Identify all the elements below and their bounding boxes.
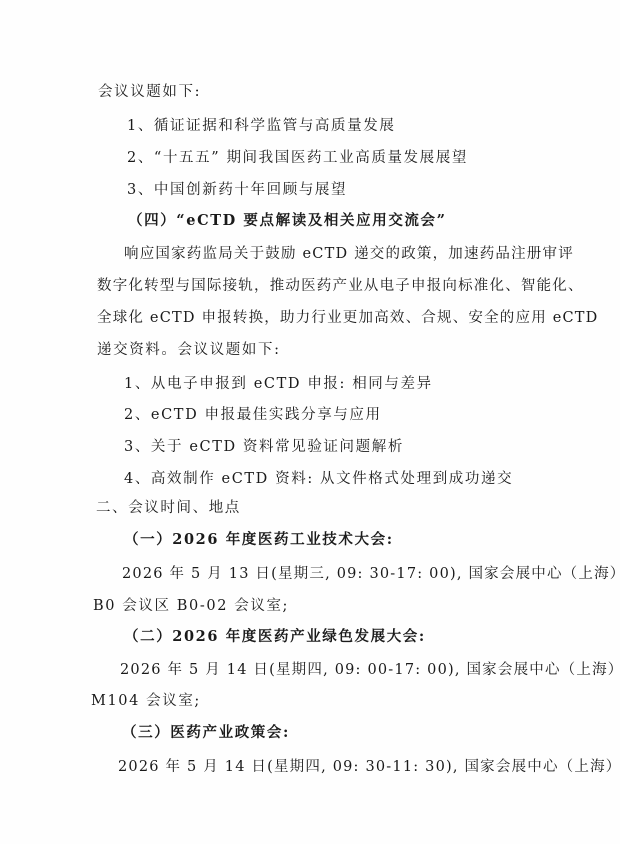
agenda-item: 1、循证证据和科学监管与高质量发展	[127, 116, 395, 136]
schedule-line: B0 会议区 B0-02 会议室;	[93, 596, 289, 616]
agenda-item: 1、从电子申报到 eCTD 申报: 相同与差异	[124, 374, 433, 394]
schedule-line: 2026 年 5 月 14 日(星期四, 09: 30-11: 30), 国家会…	[118, 757, 620, 777]
agenda-item: 2、“十五五” 期间我国医药工业高质量发展展望	[127, 148, 468, 168]
section-heading: 二、会议时间、地点	[96, 498, 241, 518]
agenda-item: 2、eCTD 申报最佳实践分享与应用	[124, 405, 382, 425]
subsection-heading: （二）2026 年度医药产业绿色发展大会:	[124, 627, 426, 647]
paragraph-line: 数字化转型与国际接轨，推动医药产业从电子申报向标准化、智能化、	[97, 276, 584, 296]
schedule-line: 2026 年 5 月 14 日(星期四, 09: 00-17: 00), 国家会…	[120, 660, 620, 680]
agenda-intro: 会议议题如下:	[98, 82, 201, 102]
subsection-heading: （三）医药产业政策会:	[122, 723, 290, 743]
agenda-item: 3、中国创新药十年回顾与展望	[127, 180, 347, 200]
schedule-line: 2026 年 5 月 13 日(星期三, 09: 30-17: 00), 国家会…	[122, 564, 620, 584]
paragraph-line: 全球化 eCTD 申报转换，助力行业更加高效、合规、安全的应用 eCTD	[97, 308, 598, 328]
paragraph-line: 递交资料。会议议题如下:	[97, 340, 281, 360]
schedule-line: M104 会议室;	[91, 691, 201, 711]
agenda-item: 3、关于 eCTD 资料常见验证问题解析	[124, 437, 404, 457]
section-heading: （四）“eCTD 要点解读及相关应用交流会”	[128, 211, 447, 231]
subsection-heading: （一）2026 年度医药工业技术大会:	[124, 530, 394, 550]
agenda-item: 4、高效制作 eCTD 资料: 从文件格式处理到成功递交	[124, 469, 513, 489]
document-page: 会议议题如下: 1、循证证据和科学监管与高质量发展 2、“十五五” 期间我国医药…	[0, 0, 620, 844]
paragraph-line: 响应国家药监局关于鼓励 eCTD 递交的政策，加速药品注册审评	[124, 244, 574, 264]
